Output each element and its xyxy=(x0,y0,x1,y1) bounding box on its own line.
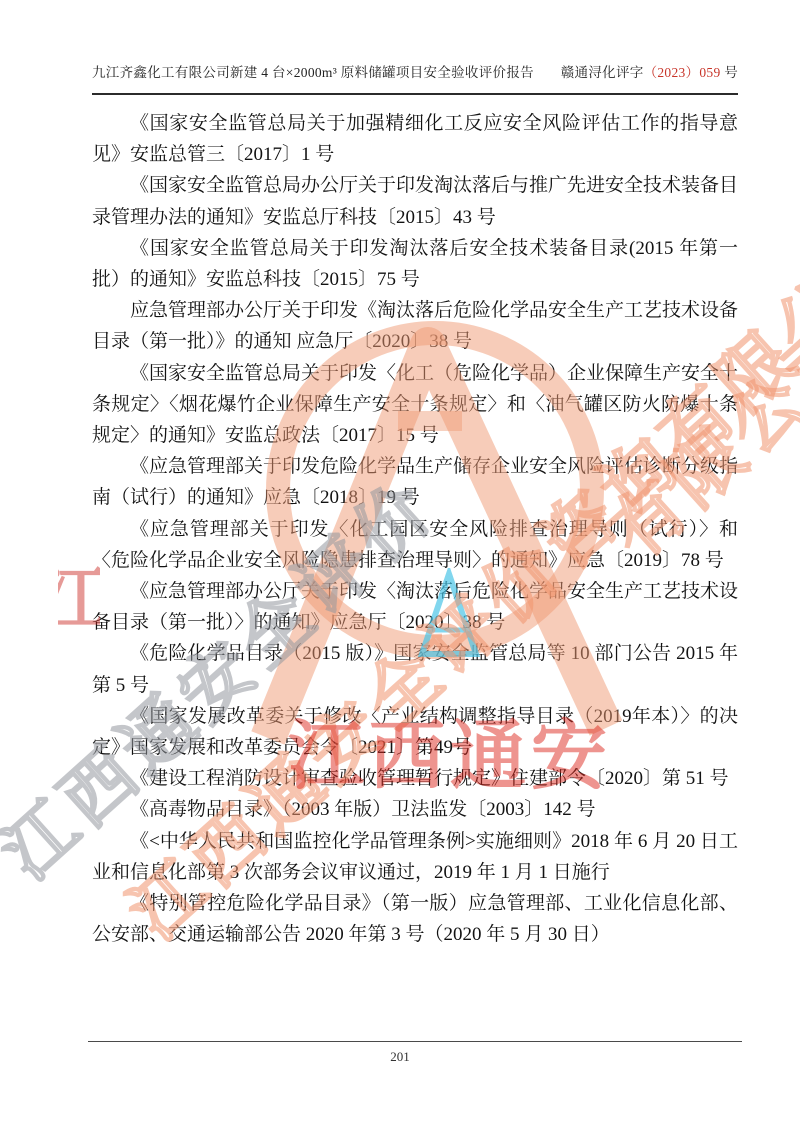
report-code: 赣通浔化评字（2023）059 号 xyxy=(561,63,738,83)
body-paragraph: 《国家安全监管总局办公厅关于印发淘汰落后与推广先进安全技术装备目录管理办法的通知… xyxy=(92,170,738,232)
body-paragraph: 《应急管理部关于印发危险化学品生产储存企业安全风险评估诊断分级指南（试行）的通知… xyxy=(92,451,738,513)
body-paragraph: 《建设工程消防设计审查验收管理暂行规定》住建部令〔2020〕第 51 号 xyxy=(92,763,738,794)
report-title: 九江齐鑫化工有限公司新建 4 台×2000m³ 原料储罐项目安全验收评价报告 xyxy=(92,63,534,83)
document-page: 九江齐鑫化工有限公司新建 4 台×2000m³ 原料储罐项目安全验收评价报告 赣… xyxy=(0,0,800,1131)
body-paragraph: 《特别管控危险化学品目录》（第一版）应急管理部、工业化信息化部、公安部、交通运输… xyxy=(92,888,738,950)
report-code-label: 赣通浔化评字 xyxy=(561,65,644,80)
body-paragraph: 《国家安全监管总局关于加强精细化工反应安全风险评估工作的指导意见》安监总管三〔2… xyxy=(92,108,738,170)
body-paragraph: 《国家发展改革委关于修改〈产业结构调整指导目录（2019年本）〉的决定》国家发展… xyxy=(92,701,738,763)
regulation-list: 《国家安全监管总局关于加强精细化工反应安全风险评估工作的指导意见》安监总管三〔2… xyxy=(92,108,738,950)
body-paragraph: 《国家安全监管总局关于印发〈化工（危险化学品）企业保障生产安全十条规定〉〈烟花爆… xyxy=(92,358,738,452)
body-paragraph: 《<中华人民共和国监控化学品管理条例>实施细则》2018 年 6 月 20 日工… xyxy=(92,826,738,888)
footer-divider xyxy=(88,1041,742,1042)
body-paragraph: 应急管理部办公厅关于印发《淘汰落后危险化学品安全生产工艺技术设备目录（第一批）》… xyxy=(92,295,738,357)
body-paragraph: 《国家安全监管总局关于印发淘汰落后安全技术装备目录(2015 年第一批）的通知》… xyxy=(92,233,738,295)
body-paragraph: 《应急管理部办公厅关于印发〈淘汰落后危险化学品安全生产工艺技术设备目录（第一批）… xyxy=(92,576,738,638)
body-paragraph: 《危险化学品目录（2015 版）》国家安全监管总局等 10 部门公告 2015 … xyxy=(92,638,738,700)
page-number: 201 xyxy=(0,1049,800,1065)
header-divider xyxy=(92,93,738,95)
body-paragraph: 《高毒物品目录》（2003 年版）卫法监发〔2003〕142 号 xyxy=(92,794,738,825)
report-code-number: （2023）059 xyxy=(644,65,721,80)
body-paragraph: 《应急管理部关于印发〈化工园区安全风险排查治理导则（试行）〉和〈危险化学品企业安… xyxy=(92,514,738,576)
report-code-suffix: 号 xyxy=(721,65,738,80)
page-header: 九江齐鑫化工有限公司新建 4 台×2000m³ 原料储罐项目安全验收评价报告 赣… xyxy=(92,63,738,95)
